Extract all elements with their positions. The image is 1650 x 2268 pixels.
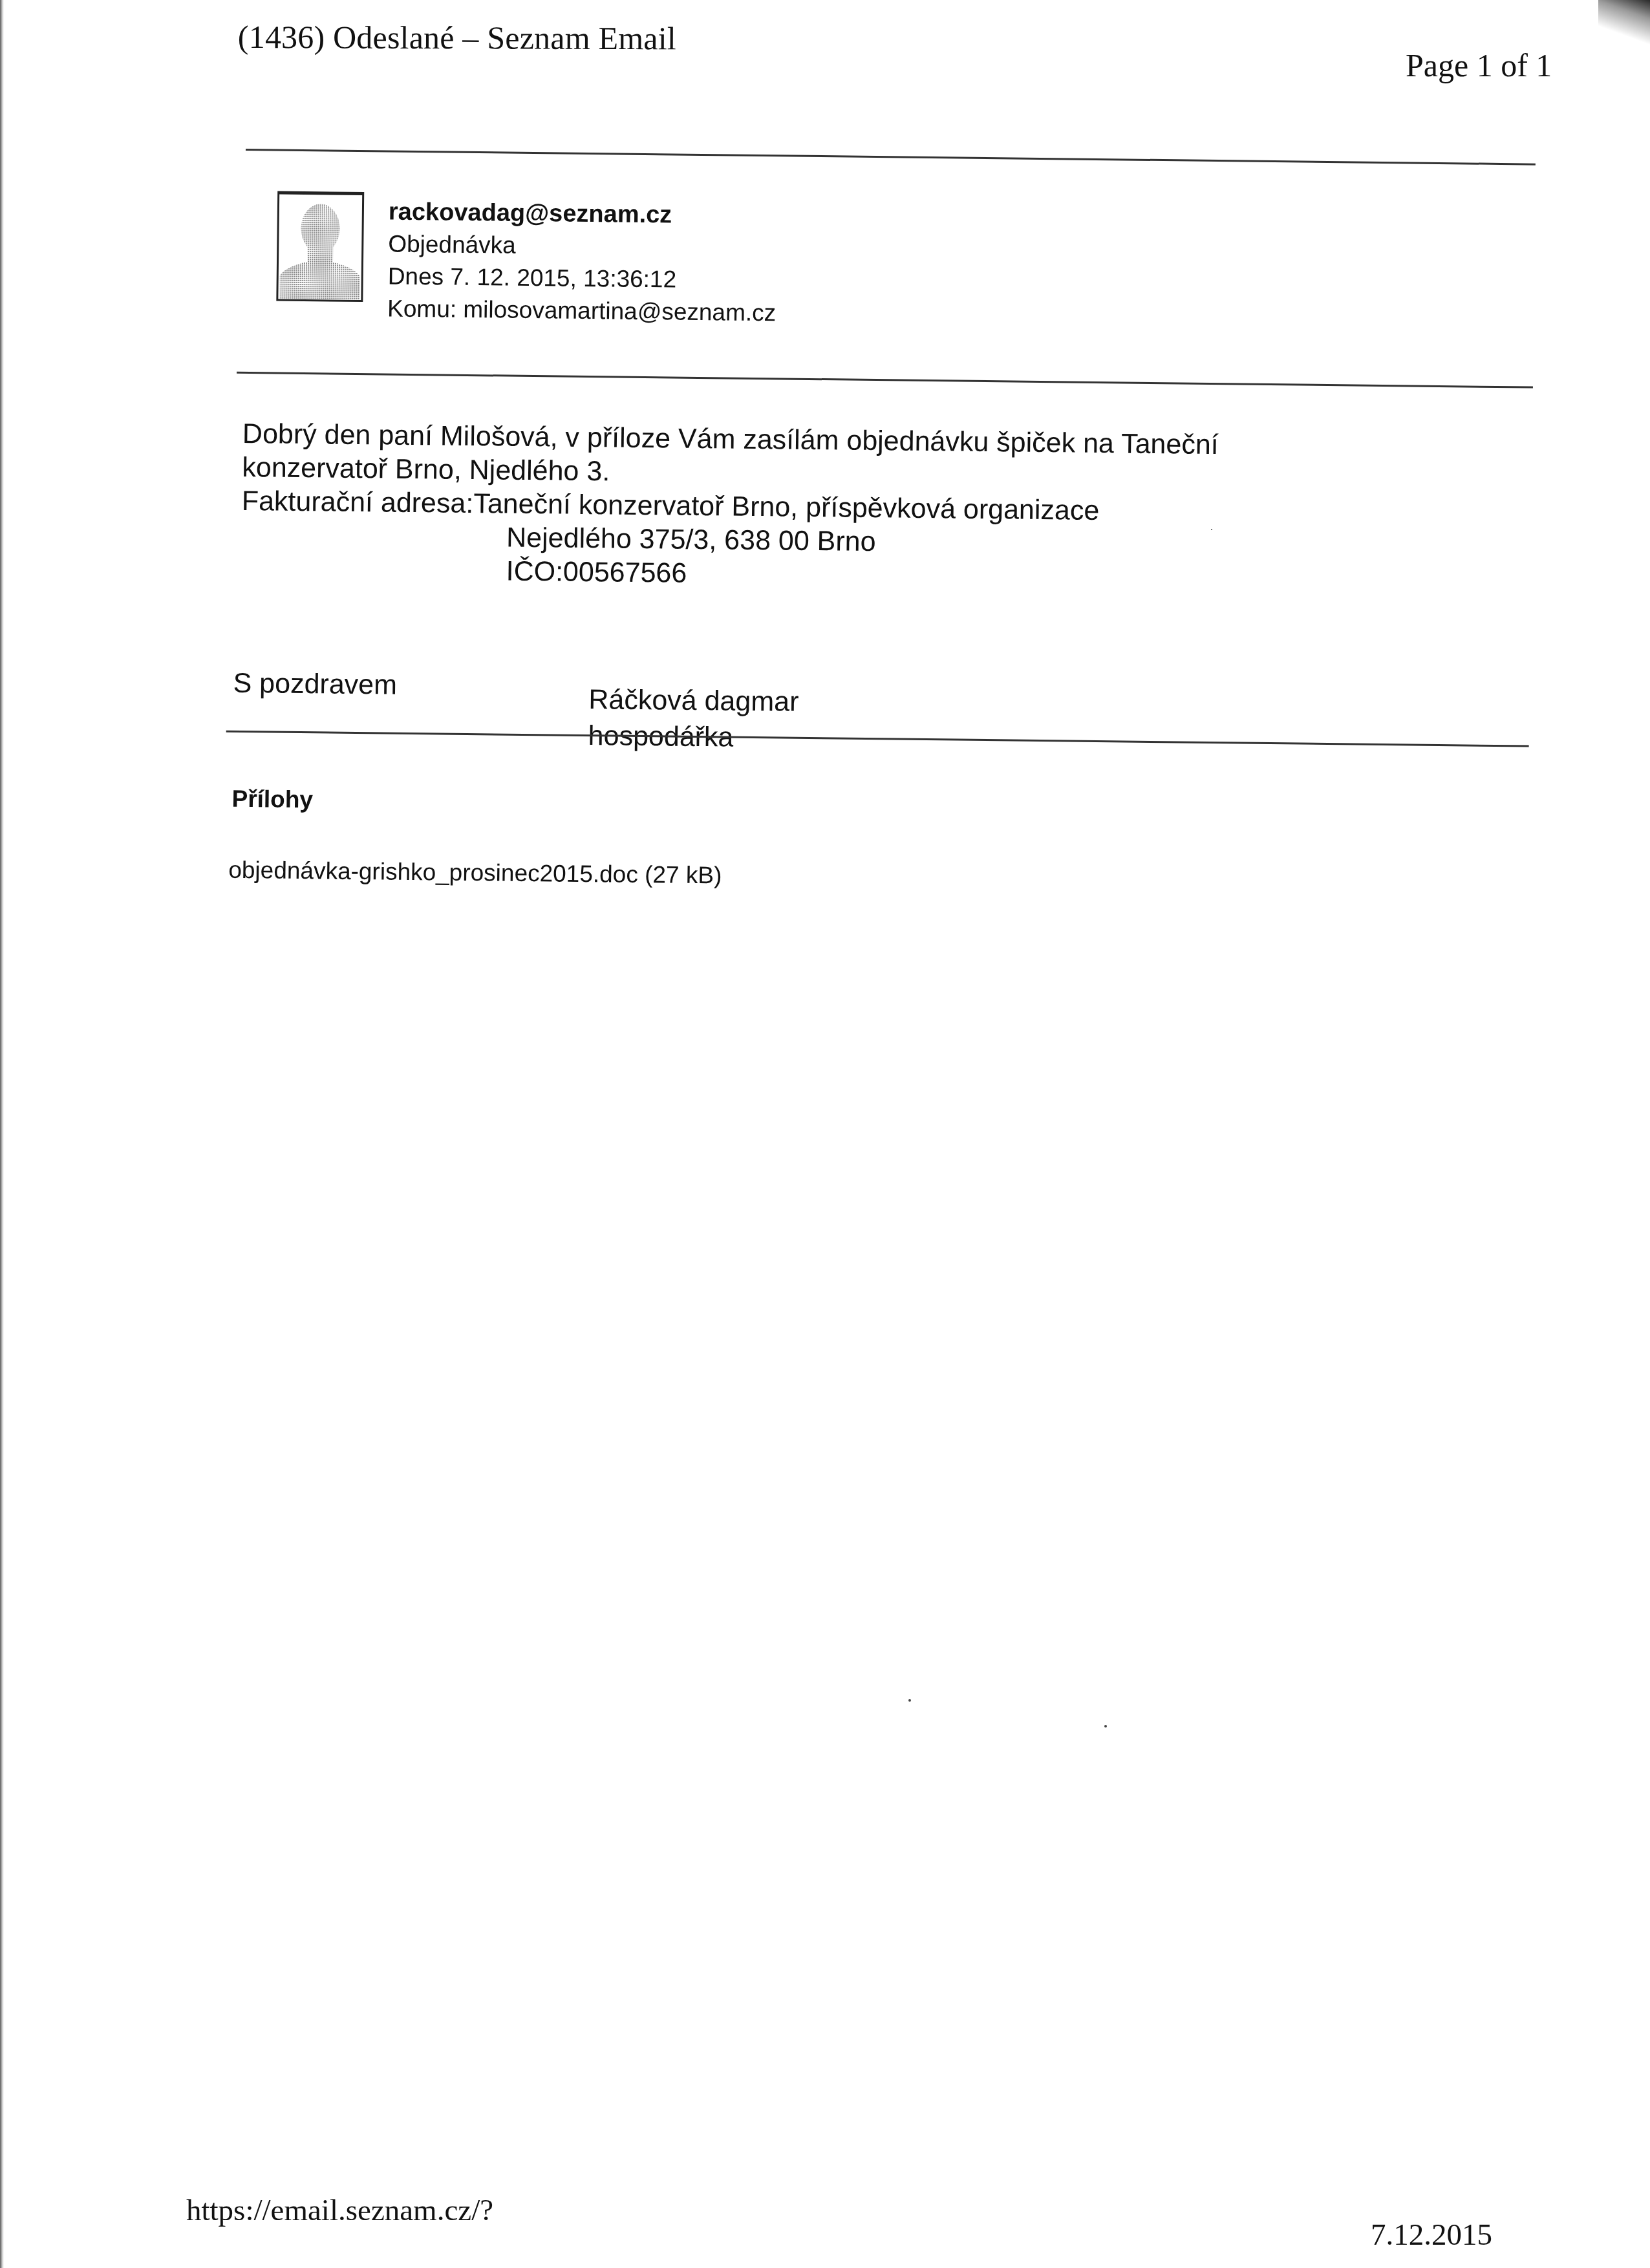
email-subject: Objednávka (388, 228, 777, 265)
print-footer-url: https://email.seznam.cz/? (186, 2193, 493, 2228)
email-body: Dobrý den paní Milošová, v příloze Vám z… (241, 417, 1219, 596)
print-header-title: (1436) Odeslané – Seznam Email (238, 18, 676, 57)
email-signature: Ráčková dagmar hospodářka (588, 681, 798, 756)
attachment-link[interactable]: objednávka-grishko_prosinec2015.doc (27 … (228, 857, 722, 890)
sender-avatar (276, 191, 364, 303)
divider (237, 372, 1533, 389)
print-footer-date: 7.12.2015 (1371, 2218, 1492, 2252)
divider (246, 149, 1536, 166)
email-closing: S pozdravem (233, 666, 397, 703)
email-header: rackovadag@seznam.cz Objednávka Dnes 7. … (387, 196, 777, 330)
scan-edge (0, 0, 4, 2268)
scan-corner-shadow (1598, 0, 1650, 45)
divider (226, 731, 1529, 747)
scan-speck (1211, 529, 1212, 530)
email-date: Dnes 7. 12. 2015, 13:36:12 (387, 261, 777, 297)
default-person-silhouette-icon (278, 195, 362, 300)
scan-speck (908, 1699, 911, 1702)
email-recipient: Komu: milosovamartina@seznam.cz (387, 293, 777, 330)
print-page-number: Page 1 of 1 (1406, 47, 1552, 84)
email-content: rackovadag@seznam.cz Objednávka Dnes 7. … (246, 149, 1539, 164)
sender-email[interactable]: rackovadag@seznam.cz (389, 196, 778, 233)
scan-speck (1104, 1725, 1107, 1728)
attachments-heading: Přílohy (231, 786, 313, 813)
signature-name: Ráčková dagmar (588, 681, 799, 720)
